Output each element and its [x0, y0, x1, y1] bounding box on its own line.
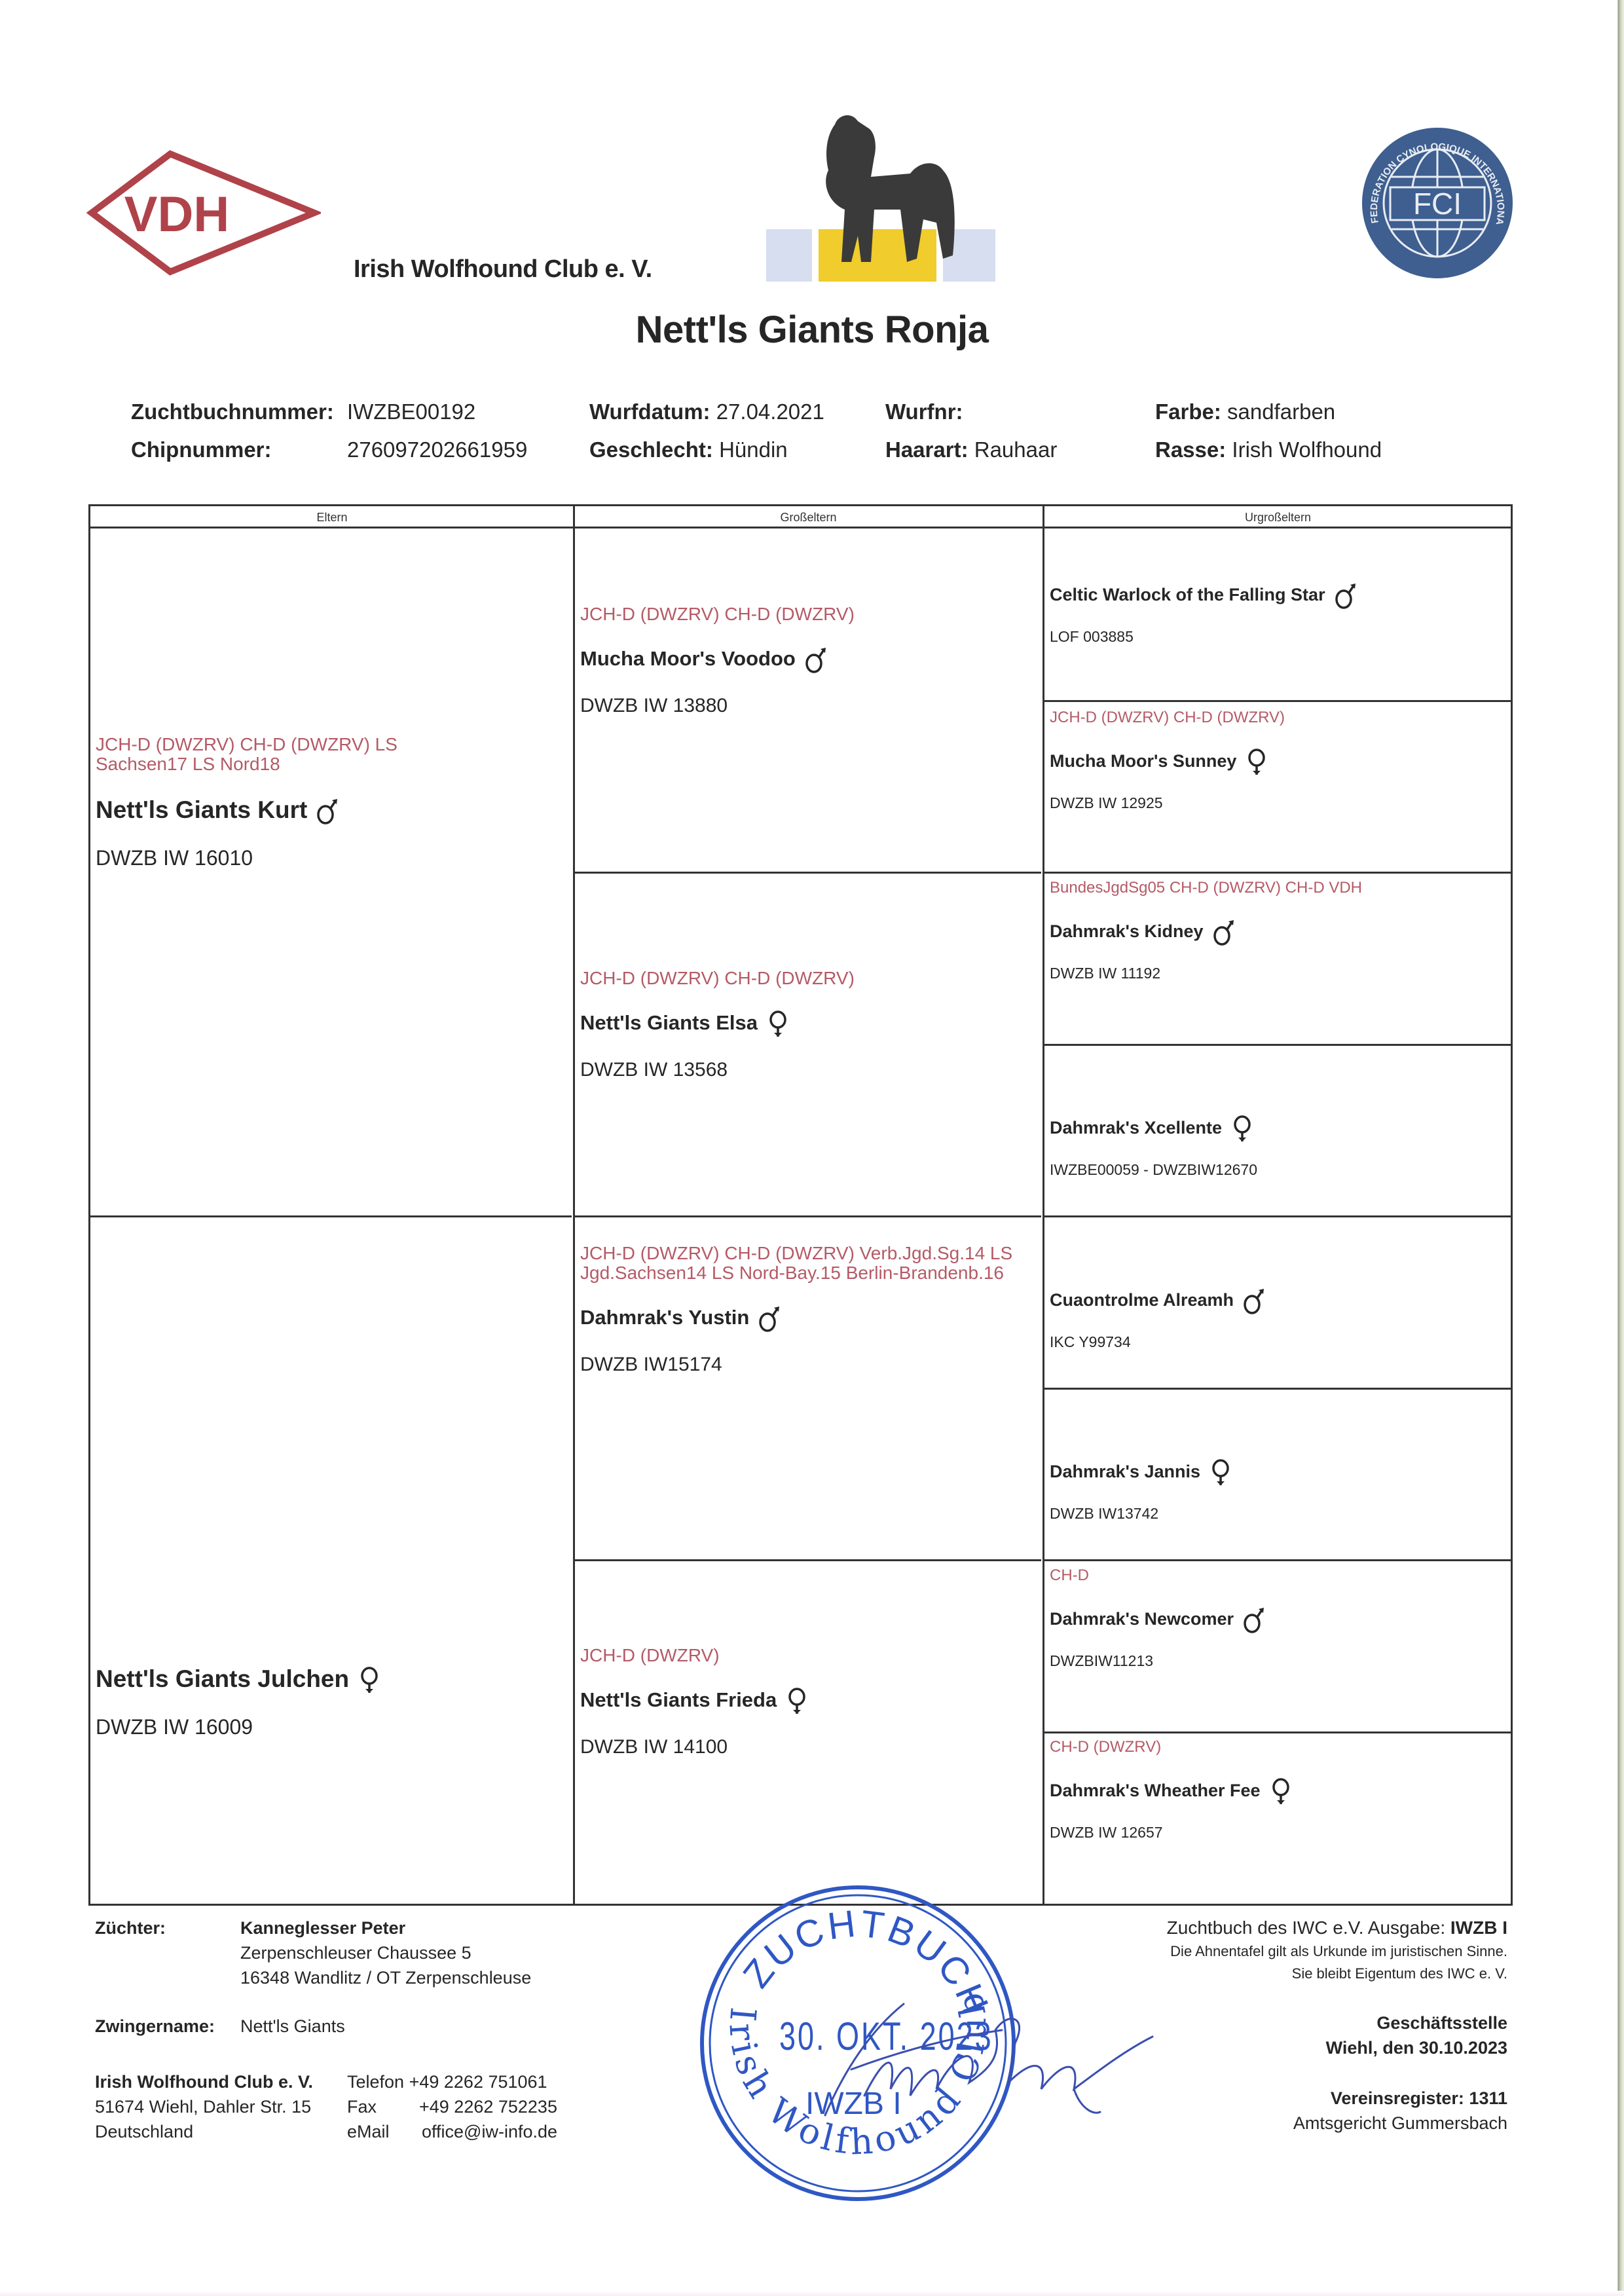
dog-name-text: Dahmrak's Xcellente — [1050, 1118, 1222, 1138]
ancestor-cell: JCH-D (DWZRV) CH-D (DWZRV)Nett'ls Giants… — [575, 969, 1041, 1081]
geschlecht-field: Geschlecht: Hündin — [589, 437, 788, 462]
breeder-block: Kanneglesser Peter Zerpenschleuser Chaus… — [240, 1916, 531, 1990]
dog-name-text: Nett'ls Giants Kurt — [96, 796, 307, 823]
wurfdatum-field: Wurfdatum: 27.04.2021 — [589, 399, 824, 424]
dog-name-text: Mucha Moor's Voodoo — [580, 647, 796, 670]
farbe-field: Farbe: sandfarben — [1155, 399, 1335, 424]
row-divider — [1044, 1559, 1511, 1561]
chipnummer-label: Chipnummer: — [131, 437, 272, 462]
pedigree-table: Eltern Großeltern Urgroßeltern JCH-D (DW… — [88, 504, 1513, 1906]
wurfdatum-label: Wurfdatum: — [589, 399, 710, 424]
female-symbol-icon — [1231, 1115, 1253, 1143]
row-divider — [575, 1215, 1041, 1217]
show-titles — [1050, 559, 1511, 560]
zuchtbuchnummer-field: Zuchtbuchnummer: IWZBE00192 — [131, 399, 334, 424]
office-date: Wiehl, den 30.10.2023 — [1326, 2038, 1507, 2058]
registration-number: LOF 003885 — [1050, 628, 1511, 646]
dog-name-text: Dahmrak's Newcomer — [1050, 1609, 1234, 1629]
dog-name: Mucha Moor's Sunney — [1050, 749, 1511, 776]
show-titles: JCH-D (DWZRV) — [580, 1646, 1041, 1665]
zuchtbuchnummer-value: IWZBE00192 — [347, 399, 475, 424]
phone-value: +49 2262 751061 — [409, 2072, 547, 2092]
email-link[interactable]: office@iw-info.de — [422, 2122, 557, 2141]
ancestor-cell: CH-DDahmrak's Newcomer DWZBIW11213 — [1044, 1567, 1511, 1670]
column-header-urgrosseltern: Urgroßeltern — [1043, 506, 1513, 528]
legal-line-2: Sie bleibt Eigentum des IWC e. V. — [1167, 1963, 1507, 1985]
male-symbol-icon — [805, 646, 827, 674]
ancestor-cell: Celtic Warlock of the Falling Star LOF 0… — [1044, 559, 1511, 646]
show-titles: JCH-D (DWZRV) CH-D (DWZRV) Verb.Jgd.Sg.1… — [580, 1244, 1025, 1283]
dog-name: Celtic Warlock of the Falling Star — [1050, 582, 1511, 610]
male-symbol-icon — [1243, 1606, 1265, 1634]
geschlecht-label: Geschlecht: — [589, 437, 713, 462]
dog-name-text: Dahmrak's Wheather Fee — [1050, 1781, 1261, 1800]
club-address-block: Irish Wolfhound Club e. V. 51674 Wiehl, … — [95, 2069, 313, 2144]
signature — [786, 1991, 1166, 2135]
registration-number: IWZBE00059 - DWZBIW12670 — [1050, 1161, 1511, 1179]
register-court: Amtsgericht Gummersbach — [1293, 2111, 1507, 2136]
male-symbol-icon — [1213, 919, 1235, 946]
chipnummer-value: 276097202661959 — [347, 437, 527, 462]
club-contact-block: Telefon +49 2262 751061 Fax+49 2262 7522… — [347, 2069, 557, 2144]
show-titles: JCH-D (DWZRV) CH-D (DWZRV) — [580, 969, 1041, 988]
female-symbol-icon — [1246, 749, 1268, 776]
female-symbol-icon — [358, 1667, 380, 1694]
column-header-eltern: Eltern — [90, 506, 574, 528]
club-address: 51674 Wiehl, Dahler Str. 15 — [95, 2094, 313, 2119]
kennel-row: Zwingername: Nett'ls Giants — [95, 2014, 215, 2039]
geschlecht-value: Hündin — [719, 437, 788, 462]
row-divider — [1044, 700, 1511, 702]
dog-name: Nett'ls Giants Julchen — [96, 1665, 572, 1694]
dog-name: Cuaontrolme Alreamh — [1050, 1287, 1511, 1315]
registration-number: DWZB IW 13880 — [580, 695, 1041, 717]
breeder-street: Zerpenschleuser Chaussee 5 — [240, 1940, 531, 1965]
fax-value: +49 2262 752235 — [419, 2097, 557, 2117]
breeder-city: 16348 Wandlitz / OT Zerpenschleuse — [240, 1965, 531, 1990]
male-symbol-icon — [1335, 582, 1357, 610]
edition-block: Zuchtbuch des IWC e.V. Ausgabe: IWZB I D… — [1167, 1916, 1507, 1985]
register-number: Vereinsregister: 1311 — [1331, 2088, 1507, 2108]
dog-name: Nett'ls Giants Frieda — [580, 1688, 1041, 1715]
dog-name: Dahmrak's Jannis — [1050, 1459, 1511, 1487]
dog-name: Nett'ls Giants Kurt — [96, 796, 572, 825]
dog-name-text: Dahmrak's Kidney — [1050, 921, 1204, 941]
registration-number: DWZB IW 14100 — [580, 1736, 1041, 1758]
farbe-label: Farbe: — [1155, 399, 1221, 424]
ancestor-cell: Cuaontrolme Alreamh IKC Y99734 — [1044, 1265, 1511, 1351]
row-divider — [90, 1215, 572, 1217]
dog-name-text: Dahmrak's Yustin — [580, 1306, 749, 1329]
dog-name-text: Cuaontrolme Alreamh — [1050, 1290, 1234, 1310]
breeder-name: Kanneglesser Peter — [240, 1918, 405, 1938]
sire-cell: JCH-D (DWZRV) CH-D (DWZRV) LS Sachsen17 … — [90, 735, 572, 870]
dog-name-text: Nett'ls Giants Julchen — [96, 1665, 349, 1692]
office-block: Geschäftsstelle Wiehl, den 30.10.2023 — [1326, 2010, 1507, 2060]
dog-name-title: Nett'ls Giants Ronja — [0, 308, 1624, 352]
rasse-value: Irish Wolfhound — [1232, 437, 1382, 462]
kennel-name: Nett'ls Giants — [240, 2014, 345, 2039]
row-divider — [575, 1559, 1041, 1561]
chipnummer-field: Chipnummer: 276097202661959 — [131, 437, 272, 462]
registration-number: DWZB IW15174 — [580, 1354, 1041, 1376]
vdh-logo: VDH — [85, 147, 321, 278]
row-divider — [1044, 1044, 1511, 1046]
ancestor-cell: JCH-D (DWZRV) CH-D (DWZRV) Verb.Jgd.Sg.1… — [575, 1244, 1041, 1376]
farbe-value: sandfarben — [1227, 399, 1335, 424]
rasse-field: Rasse: Irish Wolfhound — [1155, 437, 1382, 462]
haarart-field: Haarart: Rauhaar — [885, 437, 1057, 462]
registration-number: DWZB IW 13568 — [580, 1059, 1041, 1081]
column-header-grosseltern: Großeltern — [574, 506, 1043, 528]
ancestor-cell: JCH-D (DWZRV)Nett'ls Giants Frieda DWZB … — [575, 1646, 1041, 1758]
dog-name-text: Nett'ls Giants Elsa — [580, 1011, 758, 1034]
row-divider — [1044, 872, 1511, 874]
dog-name: Dahmrak's Kidney — [1050, 919, 1511, 946]
ancestor-cell: BundesJgdSg05 CH-D (DWZRV) CH-D VDHDahmr… — [1044, 880, 1511, 982]
dog-name: Dahmrak's Wheather Fee — [1050, 1778, 1511, 1805]
registration-number: DWZB IW 16010 — [96, 846, 572, 870]
male-symbol-icon — [1243, 1287, 1265, 1315]
registration-number: DWZB IW13742 — [1050, 1505, 1511, 1523]
show-titles — [1050, 1092, 1511, 1093]
registration-number: DWZB IW 11192 — [1050, 965, 1511, 982]
fci-logo-text: FCI — [1413, 187, 1462, 221]
club-name-footer: Irish Wolfhound Club e. V. — [95, 2072, 313, 2092]
female-symbol-icon — [767, 1010, 789, 1038]
registration-number: DWZB IW 16009 — [96, 1715, 572, 1739]
show-titles: BundesJgdSg05 CH-D (DWZRV) CH-D VDH — [1050, 880, 1511, 897]
wurfdatum-value: 27.04.2021 — [716, 399, 824, 424]
ancestor-cell: CH-D (DWZRV)Dahmrak's Wheather Fee DWZB … — [1044, 1739, 1511, 1842]
show-titles — [1050, 1265, 1511, 1265]
fci-logo: FCI FEDERATION CYNOLOGIQUE INTERNATIONAL… — [1359, 124, 1516, 282]
office-label: Geschäftsstelle — [1376, 2013, 1507, 2033]
registration-number: DWZB IW 12657 — [1050, 1824, 1511, 1842]
register-block: Vereinsregister: 1311 Amtsgericht Gummer… — [1293, 2086, 1507, 2136]
dog-name-text: Nett'ls Giants Frieda — [580, 1688, 777, 1711]
male-symbol-icon — [316, 798, 339, 825]
dog-name: Nett'ls Giants Elsa — [580, 1010, 1041, 1038]
row-divider — [1044, 1215, 1511, 1217]
ancestor-cell: Dahmrak's Xcellente IWZBE00059 - DWZBIW1… — [1044, 1092, 1511, 1179]
legal-line-1: Die Ahnentafel gilt als Urkunde im juris… — [1167, 1940, 1507, 1963]
wurfnr-label: Wurfnr: — [885, 399, 963, 424]
page-bottom-edge — [0, 2291, 1624, 2296]
dog-name: Dahmrak's Xcellente — [1050, 1115, 1511, 1143]
club-country: Deutschland — [95, 2119, 313, 2144]
show-titles — [96, 1642, 572, 1643]
show-titles — [1050, 1436, 1511, 1437]
registration-number: IKC Y99734 — [1050, 1333, 1511, 1351]
vdh-logo-text: VDH — [124, 187, 229, 242]
female-symbol-icon — [786, 1688, 808, 1715]
club-name-header: Irish Wolfhound Club e. V. — [354, 255, 652, 284]
email-label: eMail — [347, 2119, 422, 2144]
edition-prefix: Zuchtbuch des IWC e.V. Ausgabe: — [1167, 1917, 1445, 1938]
male-symbol-icon — [758, 1305, 781, 1333]
female-symbol-icon — [1209, 1459, 1232, 1487]
ancestor-cell: JCH-D (DWZRV) CH-D (DWZRV)Mucha Moor's S… — [1044, 709, 1511, 812]
row-divider — [1044, 1731, 1511, 1733]
rasse-label: Rasse: — [1155, 437, 1226, 462]
show-titles: CH-D — [1050, 1567, 1511, 1584]
registration-number: DWZB IW 12925 — [1050, 794, 1511, 812]
dog-name-text: Dahmrak's Jannis — [1050, 1462, 1200, 1481]
ancestor-cell: JCH-D (DWZRV) CH-D (DWZRV)Mucha Moor's V… — [575, 604, 1041, 717]
phone-label: Telefon — [347, 2072, 404, 2092]
ancestor-cell: Dahmrak's Jannis DWZB IW13742 — [1044, 1436, 1511, 1523]
haarart-label: Haarart: — [885, 437, 969, 462]
show-titles: CH-D (DWZRV) — [1050, 1739, 1511, 1756]
zuchtbuchnummer-label: Zuchtbuchnummer: — [131, 399, 334, 424]
row-divider — [575, 872, 1041, 874]
dog-name: Dahmrak's Yustin — [580, 1305, 1041, 1333]
show-titles: JCH-D (DWZRV) CH-D (DWZRV) — [1050, 709, 1511, 726]
dog-name-text: Celtic Warlock of the Falling Star — [1050, 585, 1325, 604]
dam-cell: Nett'ls Giants Julchen DWZB IW 16009 — [90, 1642, 572, 1739]
show-titles: JCH-D (DWZRV) CH-D (DWZRV) — [580, 604, 1041, 624]
wurfnr-field: Wurfnr: — [885, 399, 963, 424]
dog-name-text: Mucha Moor's Sunney — [1050, 751, 1236, 771]
breeder-label: Züchter: — [95, 1916, 166, 1940]
show-titles: JCH-D (DWZRV) CH-D (DWZRV) LS Sachsen17 … — [96, 735, 462, 774]
dog-name: Dahmrak's Newcomer — [1050, 1606, 1511, 1634]
dog-name: Mucha Moor's Voodoo — [580, 646, 1041, 674]
edition-value: IWZB I — [1450, 1917, 1507, 1938]
row-divider — [1044, 1388, 1511, 1390]
haarart-value: Rauhaar — [974, 437, 1058, 462]
iwc-logo — [760, 105, 1002, 288]
kennel-label: Zwingername: — [95, 2016, 215, 2036]
fax-label: Fax — [347, 2094, 419, 2119]
registration-number: DWZBIW11213 — [1050, 1652, 1511, 1670]
female-symbol-icon — [1270, 1778, 1292, 1805]
